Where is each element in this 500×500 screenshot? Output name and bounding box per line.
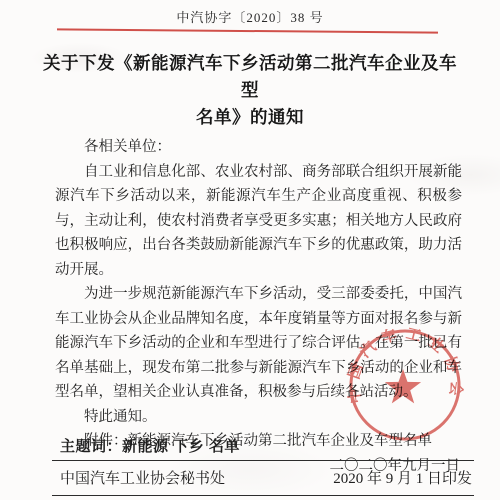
salutation: 各相关单位： (55, 135, 462, 160)
document-footer: 主题词：新能源 下乡 名单 中国汽车工业协会秘书处 2020 年 9 月 1 日… (52, 435, 474, 496)
topic-keywords: 主题词：新能源 下乡 名单 (52, 435, 474, 461)
issuer-row: 中国汽车工业协会秘书处 2020 年 9 月 1 日印发 (52, 461, 474, 496)
print-date: 2020 年 9 月 1 日印发 (333, 467, 472, 488)
paragraph-1: 自工业和信息化部、农业农村部、商务部联合组织开展新能源汽车下乡活动以来，新能源汽… (55, 160, 462, 283)
paragraph-2: 为进一步规范新能源汽车下乡活动，受三部委委托，中国汽车工业协会从企业品牌知名度，… (55, 282, 462, 405)
document-title: 关于下发《新能源汽车下乡活动第二批汽车企业及车型 名单》的通知 (40, 50, 460, 131)
document-page: 中汽协字〔2020〕38 号 关于下发《新能源汽车下乡活动第二批汽车企业及车型 … (0, 0, 500, 500)
closing-line: 特此通知。 (55, 405, 462, 430)
document-title-line2: 名单》的通知 (40, 104, 460, 131)
document-body: 各相关单位： 自工业和信息化部、农业农村部、商务部联合组织开展新能源汽车下乡活动… (55, 135, 462, 454)
issuer-office: 中国汽车工业协会秘书处 (60, 467, 225, 488)
document-title-line1: 关于下发《新能源汽车下乡活动第二批汽车企业及车型 (40, 50, 460, 104)
red-divider-line (57, 28, 438, 33)
doc-reference-number: 中汽协字〔2020〕38 号 (0, 0, 500, 26)
